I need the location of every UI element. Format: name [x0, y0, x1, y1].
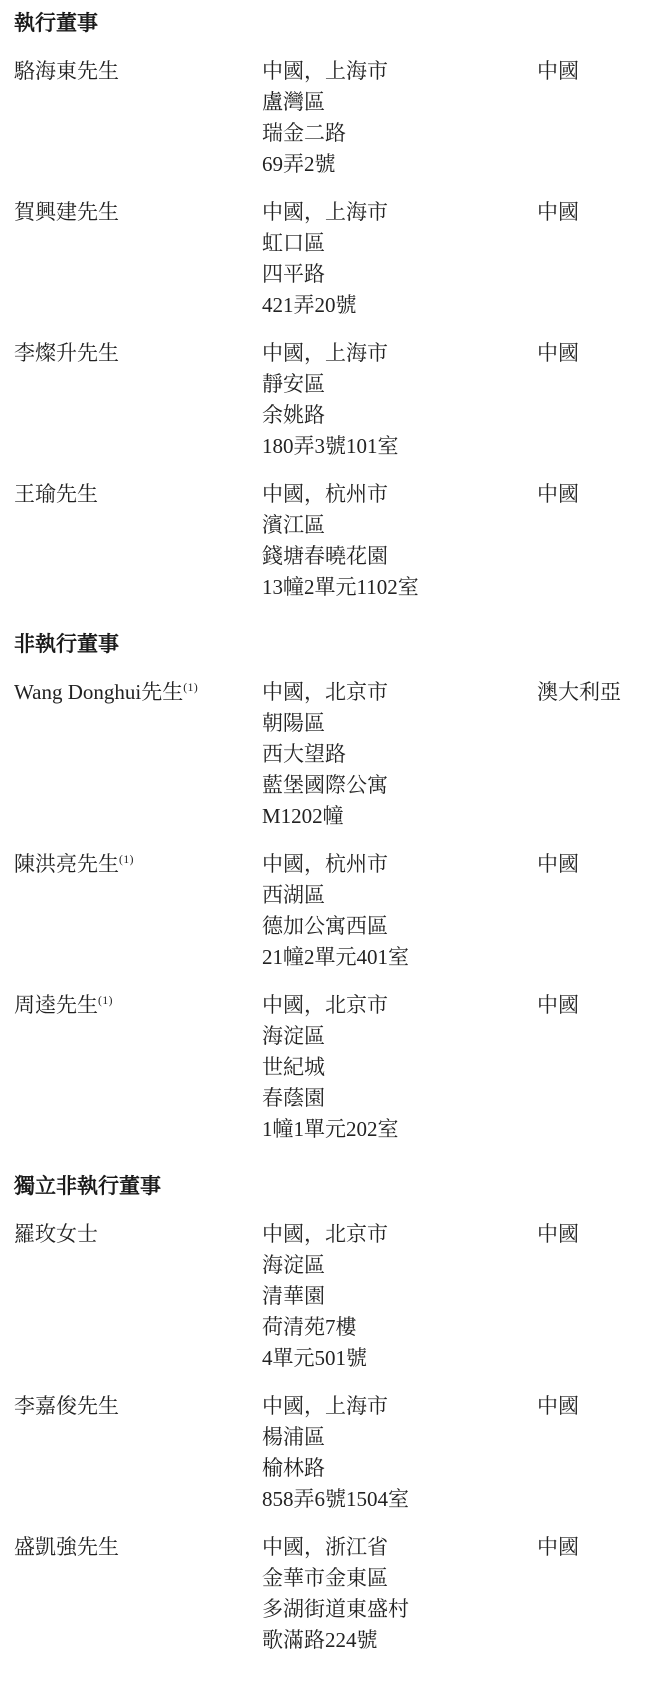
address-line: 中國，杭州市: [262, 849, 537, 880]
director-address: 中國，浙江省金華市金東區多湖街道東盛村歌滿路224號: [262, 1532, 537, 1656]
director-address: 中國，杭州市濱江區錢塘春曉花園13幢2單元1102室: [262, 479, 537, 603]
address-line: 180弄3號101室: [262, 431, 537, 462]
director-entry: 羅玫女士中國，北京市海淀區清華園荷清苑7樓4單元501號中國: [14, 1219, 660, 1374]
section-heading: 執行董事: [14, 8, 660, 39]
address-line: 盧灣區: [262, 87, 537, 118]
director-address: 中國，上海市楊浦區榆林路858弄6號1504室: [262, 1391, 537, 1515]
address-line: 藍堡國際公寓: [262, 770, 537, 801]
director-name: 周逵先生: [14, 993, 98, 1017]
director-name-cell: 羅玫女士: [14, 1219, 262, 1250]
director-name: 王瑜先生: [14, 482, 98, 506]
director-name-cell: 陳洪亮先生(1): [14, 849, 262, 880]
address-line: 瑞金二路: [262, 118, 537, 149]
director-nationality: 澳大利亞: [537, 677, 660, 708]
address-line: 中國，北京市: [262, 990, 537, 1021]
address-line: 濱江區: [262, 510, 537, 541]
section-heading: 獨立非執行董事: [14, 1171, 660, 1202]
director-name-cell: 李燦升先生: [14, 338, 262, 369]
address-line: 榆林路: [262, 1453, 537, 1484]
director-entry: 李燦升先生中國，上海市靜安區余姚路180弄3號101室中國: [14, 338, 660, 462]
address-line: 朝陽區: [262, 708, 537, 739]
director-nationality: 中國: [537, 338, 660, 369]
footnote-marker: (1): [119, 854, 134, 866]
director-section: 執行董事駱海東先生中國，上海市盧灣區瑞金二路69弄2號中國賀興建先生中國，上海市…: [14, 8, 660, 603]
director-entry: 周逵先生(1)中國，北京市海淀區世紀城春蔭園1幢1單元202室中國: [14, 990, 660, 1145]
footnote-marker: (1): [183, 682, 198, 694]
address-line: 德加公寓西區: [262, 911, 537, 942]
director-address: 中國，北京市海淀區世紀城春蔭園1幢1單元202室: [262, 990, 537, 1145]
address-line: 4單元501號: [262, 1343, 537, 1374]
footnote-marker: (1): [98, 995, 113, 1007]
director-nationality: 中國: [537, 1219, 660, 1250]
address-line: 世紀城: [262, 1052, 537, 1083]
address-line: 清華園: [262, 1281, 537, 1312]
director-nationality: 中國: [537, 197, 660, 228]
address-line: 海淀區: [262, 1021, 537, 1052]
address-line: 荷清苑7樓: [262, 1312, 537, 1343]
address-line: 中國，上海市: [262, 338, 537, 369]
address-line: 靜安區: [262, 369, 537, 400]
director-nationality: 中國: [537, 1532, 660, 1563]
directors-list-page: 執行董事駱海東先生中國，上海市盧灣區瑞金二路69弄2號中國賀興建先生中國，上海市…: [0, 0, 660, 1693]
director-name: Wang Donghui先生: [14, 680, 183, 704]
address-line: 1幢1單元202室: [262, 1114, 537, 1145]
director-entry: 駱海東先生中國，上海市盧灣區瑞金二路69弄2號中國: [14, 56, 660, 180]
director-section: 獨立非執行董事羅玫女士中國，北京市海淀區清華園荷清苑7樓4單元501號中國李嘉俊…: [14, 1171, 660, 1656]
address-line: 858弄6號1504室: [262, 1484, 537, 1515]
address-line: 楊浦區: [262, 1422, 537, 1453]
director-address: 中國，北京市朝陽區西大望路藍堡國際公寓M1202幢: [262, 677, 537, 832]
address-line: 春蔭園: [262, 1083, 537, 1114]
address-line: 金華市金東區: [262, 1563, 537, 1594]
address-line: 421弄20號: [262, 290, 537, 321]
address-line: 錢塘春曉花園: [262, 541, 537, 572]
director-address: 中國，上海市靜安區余姚路180弄3號101室: [262, 338, 537, 462]
director-address: 中國，北京市海淀區清華園荷清苑7樓4單元501號: [262, 1219, 537, 1374]
director-name-cell: 周逵先生(1): [14, 990, 262, 1021]
director-entry: 賀興建先生中國，上海市虹口區四平路421弄20號中國: [14, 197, 660, 321]
section-heading: 非執行董事: [14, 629, 660, 660]
director-address: 中國，上海市盧灣區瑞金二路69弄2號: [262, 56, 537, 180]
director-name: 陳洪亮先生: [14, 852, 119, 876]
director-name: 盛凱強先生: [14, 1535, 119, 1559]
director-entry: 王瑜先生中國，杭州市濱江區錢塘春曉花園13幢2單元1102室中國: [14, 479, 660, 603]
address-line: 虹口區: [262, 228, 537, 259]
address-line: 中國，上海市: [262, 1391, 537, 1422]
director-nationality: 中國: [537, 849, 660, 880]
address-line: 中國，浙江省: [262, 1532, 537, 1563]
director-name-cell: 李嘉俊先生: [14, 1391, 262, 1422]
address-line: 歌滿路224號: [262, 1625, 537, 1656]
director-name-cell: 賀興建先生: [14, 197, 262, 228]
director-nationality: 中國: [537, 56, 660, 87]
director-nationality: 中國: [537, 479, 660, 510]
director-name-cell: 駱海東先生: [14, 56, 262, 87]
address-line: 中國，北京市: [262, 677, 537, 708]
address-line: 中國，杭州市: [262, 479, 537, 510]
address-line: 余姚路: [262, 400, 537, 431]
address-line: 多湖街道東盛村: [262, 1594, 537, 1625]
director-name: 羅玫女士: [14, 1222, 98, 1246]
director-name: 李燦升先生: [14, 341, 119, 365]
address-line: M1202幢: [262, 801, 537, 832]
address-line: 69弄2號: [262, 149, 537, 180]
director-nationality: 中國: [537, 990, 660, 1021]
director-name: 李嘉俊先生: [14, 1394, 119, 1418]
director-address: 中國，上海市虹口區四平路421弄20號: [262, 197, 537, 321]
address-line: 海淀區: [262, 1250, 537, 1281]
director-nationality: 中國: [537, 1391, 660, 1422]
address-line: 中國，北京市: [262, 1219, 537, 1250]
address-line: 西湖區: [262, 880, 537, 911]
director-name-cell: 盛凱強先生: [14, 1532, 262, 1563]
director-entry: 李嘉俊先生中國，上海市楊浦區榆林路858弄6號1504室中國: [14, 1391, 660, 1515]
address-line: 13幢2單元1102室: [262, 572, 537, 603]
director-name-cell: Wang Donghui先生(1): [14, 677, 262, 708]
address-line: 西大望路: [262, 739, 537, 770]
address-line: 中國，上海市: [262, 197, 537, 228]
address-line: 21幢2單元401室: [262, 942, 537, 973]
director-entry: Wang Donghui先生(1)中國，北京市朝陽區西大望路藍堡國際公寓M120…: [14, 677, 660, 832]
director-name-cell: 王瑜先生: [14, 479, 262, 510]
address-line: 四平路: [262, 259, 537, 290]
director-entry: 盛凱強先生中國，浙江省金華市金東區多湖街道東盛村歌滿路224號中國: [14, 1532, 660, 1656]
director-section: 非執行董事Wang Donghui先生(1)中國，北京市朝陽區西大望路藍堡國際公…: [14, 629, 660, 1145]
director-name: 駱海東先生: [14, 59, 119, 83]
director-address: 中國，杭州市西湖區德加公寓西區21幢2單元401室: [262, 849, 537, 973]
director-name: 賀興建先生: [14, 200, 119, 224]
address-line: 中國，上海市: [262, 56, 537, 87]
director-entry: 陳洪亮先生(1)中國，杭州市西湖區德加公寓西區21幢2單元401室中國: [14, 849, 660, 973]
